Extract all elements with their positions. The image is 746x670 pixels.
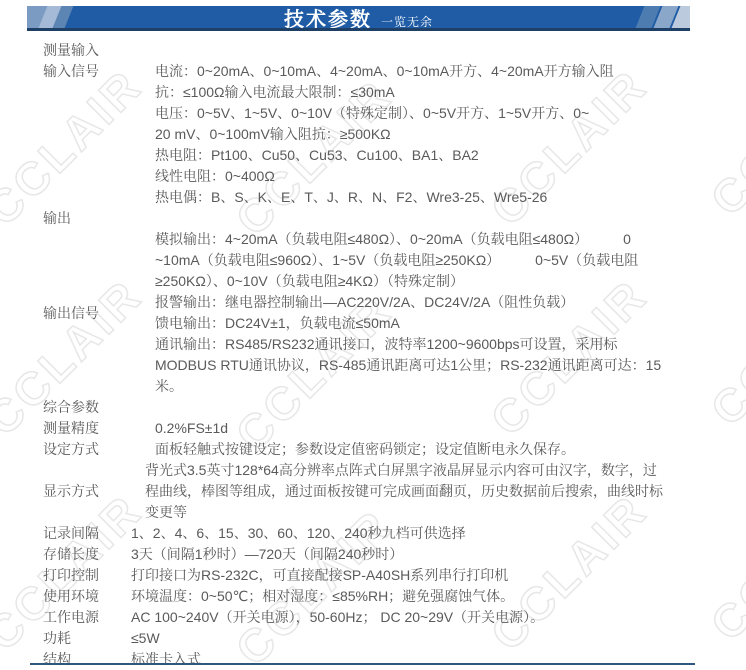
spec-value: AC 100~240V（开关电源），50-60Hz； DC 20~29V（开关电… — [131, 607, 712, 628]
header-title-group: 技术参数 一览无余 — [284, 6, 433, 31]
spec-value: 3天（间隔1秒时）—720天（间隔240秒时） — [131, 544, 712, 565]
spec-value: 环境温度：0~50℃；相对湿度：≤85%RH；避免强腐蚀气体。 — [131, 586, 712, 607]
spec-row-storage-length: 存储长度 3天（间隔1秒时）—720天（间隔240秒时） — [43, 544, 712, 565]
spec-value: ≤5W — [131, 628, 712, 649]
spec-label: 设定方式 — [43, 439, 155, 460]
spec-label: 测量输入 — [43, 40, 155, 61]
page-subtitle: 一览无余 — [381, 13, 433, 30]
spec-value: 标准卡入式 — [131, 649, 712, 670]
spec-value: 1、2、4、6、15、30、60、120、240秒九档可供选择 — [131, 523, 712, 544]
spec-row-input-signal: 输入信号 电流：0~20mA、0~10mA、4~20mA、0~10mA开方、4~… — [43, 61, 712, 208]
spec-row-general-params: 综合参数 — [43, 397, 712, 418]
section-header-bar: 技术参数 一览无余 — [27, 6, 690, 31]
page: { "header": { "title": "技术参数", "subtitle… — [0, 0, 746, 670]
spec-label: 综合参数 — [43, 397, 155, 418]
spec-label: 显示方式 — [43, 481, 155, 502]
spec-value: 电流：0~20mA、0~10mA、4~20mA、0~10mA开方、4~20mA开… — [155, 61, 712, 208]
spec-row-record-interval: 记录间隔 1、2、4、6、15、30、60、120、240秒九档可供选择 — [43, 523, 712, 544]
spec-value: 0.2%FS±1d — [155, 418, 712, 439]
spec-row-analog-output: 模拟输出：4~20mA（负载电阻≤480Ω）、0~20mA（负载电阻≤480Ω）… — [43, 229, 712, 292]
spec-row-power-consumption: 功耗 ≤5W — [43, 628, 712, 649]
spec-row-environment: 使用环境 环境温度：0~50℃；相对湿度：≤85%RH；避免强腐蚀气体。 — [43, 586, 712, 607]
spec-value: 打印接口为RS-232C，可直接配接SP-A40SH系列串行打印机 — [131, 565, 712, 586]
spec-row-output: 输出 — [43, 208, 712, 229]
spec-label: 输出 — [43, 208, 155, 229]
spec-row-setting-mode: 设定方式 面板轻触式按键设定；参数设定值密码锁定；设定值断电永久保存。 — [43, 439, 712, 460]
spec-label: 输出信号 — [43, 292, 155, 324]
page-title: 技术参数 — [284, 6, 372, 31]
spec-value: 报警输出：继电器控制输出—AC220V/2A、DC24V/2A（阻性负载） 馈电… — [155, 292, 712, 397]
spec-label: 测量精度 — [43, 418, 155, 439]
spec-value: 背光式3.5英寸128*64高分辨率点阵式白屏黑字液晶屏显示内容可由汉字，数字，… — [145, 460, 712, 523]
spec-row-accuracy: 测量精度 0.2%FS±1d — [43, 418, 712, 439]
spec-row-output-signal: 输出信号 报警输出：继电器控制输出—AC220V/2A、DC24V/2A（阻性负… — [43, 292, 712, 397]
spec-value: 模拟输出：4~20mA（负载电阻≤480Ω）、0~20mA（负载电阻≤480Ω）… — [155, 229, 712, 292]
bottom-divider — [30, 663, 695, 665]
spec-label: 输入信号 — [43, 61, 155, 82]
spec-value: 面板轻触式按键设定；参数设定值密码锁定；设定值断电永久保存。 — [155, 439, 712, 460]
spec-row-print-control: 打印控制 打印接口为RS-232C，可直接配接SP-A40SH系列串行打印机 — [43, 565, 712, 586]
spec-row-power-supply: 工作电源 AC 100~240V（开关电源），50-60Hz； DC 20~29… — [43, 607, 712, 628]
spec-row-structure: 结构 标准卡入式 — [43, 649, 712, 670]
spec-table: 测量输入 输入信号 电流：0~20mA、0~10mA、4~20mA、0~10mA… — [0, 34, 746, 670]
spec-row-measure-input: 测量输入 — [43, 40, 712, 61]
spec-row-display-mode: 显示方式 背光式3.5英寸128*64高分辨率点阵式白屏黑字液晶屏显示内容可由汉… — [43, 460, 712, 523]
